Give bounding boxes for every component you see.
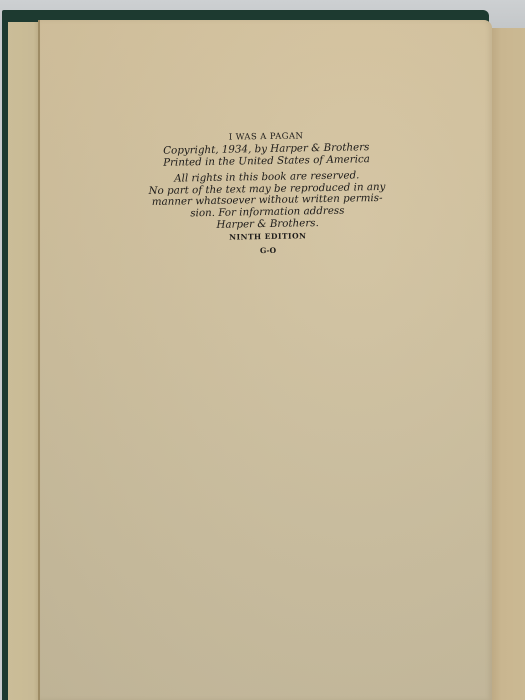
facing-page-edge bbox=[490, 28, 525, 700]
page-shading bbox=[40, 20, 492, 700]
flyleaf-page bbox=[8, 22, 40, 700]
copyright-page: I WAS A PAGAN Copyright, 1934, by Harper… bbox=[38, 20, 492, 700]
imprint-block: I WAS A PAGAN Copyright, 1934, by Harper… bbox=[40, 128, 494, 259]
